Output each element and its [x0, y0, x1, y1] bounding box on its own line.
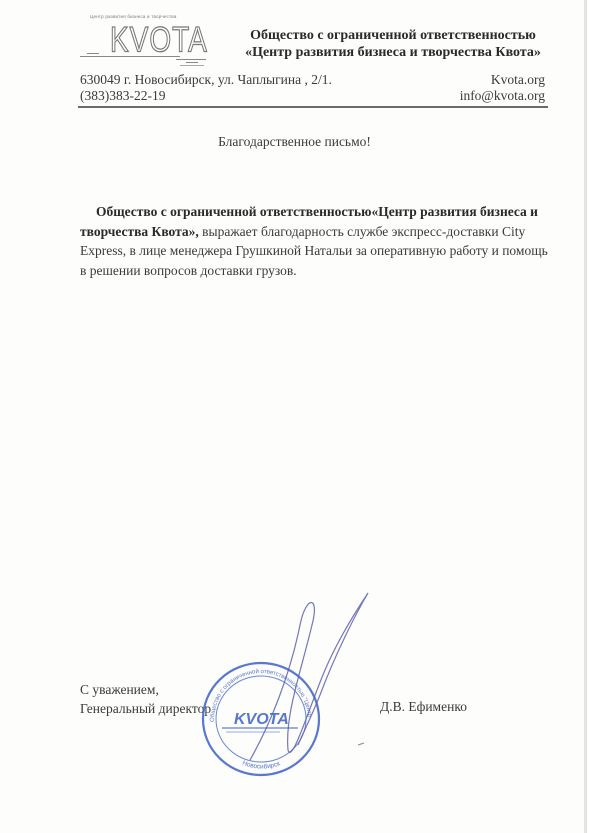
scan-edge	[584, 0, 587, 833]
logo-decor-line	[87, 53, 99, 54]
address: 630049 г. Новосибирск, ул. Чаплыгина , 2…	[80, 72, 332, 88]
phone: (383)383-22-19	[80, 88, 332, 104]
letter-title: Благодарственное письмо!	[0, 134, 589, 150]
org-name-line2: «Центр развития бизнеса и творчества Кво…	[228, 44, 558, 61]
signer-position: Генеральный директор	[80, 699, 211, 718]
logo-decor-line	[180, 65, 204, 66]
closing-phrase: С уважением,	[80, 680, 211, 699]
organization-name: Общество с ограниченной ответственностью…	[228, 27, 558, 61]
handwritten-signature-icon	[240, 585, 380, 765]
org-name-line1: Общество с ограниченной ответственностью	[228, 27, 558, 44]
website: Kvota.org	[460, 72, 545, 88]
company-logo: Центр развития бизнеса и творчества KVOT…	[80, 12, 240, 64]
signer-name: Д.В. Ефименко	[380, 699, 467, 715]
contact-web-block: Kvota.org info@kvota.org	[460, 72, 545, 104]
logo-decor-line	[80, 56, 180, 57]
header-divider	[78, 106, 548, 108]
email: info@kvota.org	[460, 88, 545, 104]
letter-page: Центр развития бизнеса и творчества KVOT…	[0, 0, 589, 833]
letter-body: Общество с ограниченной ответственностью…	[80, 202, 550, 280]
contact-address-block: 630049 г. Новосибирск, ул. Чаплыгина , 2…	[80, 72, 332, 104]
closing-block: С уважением, Генеральный директор	[80, 680, 211, 718]
logo-decor-line	[186, 62, 198, 63]
logo-decor-line	[176, 59, 206, 60]
logo-tagline: Центр развития бизнеса и творчества	[90, 14, 177, 19]
logo-wordmark: KVOTA	[110, 20, 208, 60]
